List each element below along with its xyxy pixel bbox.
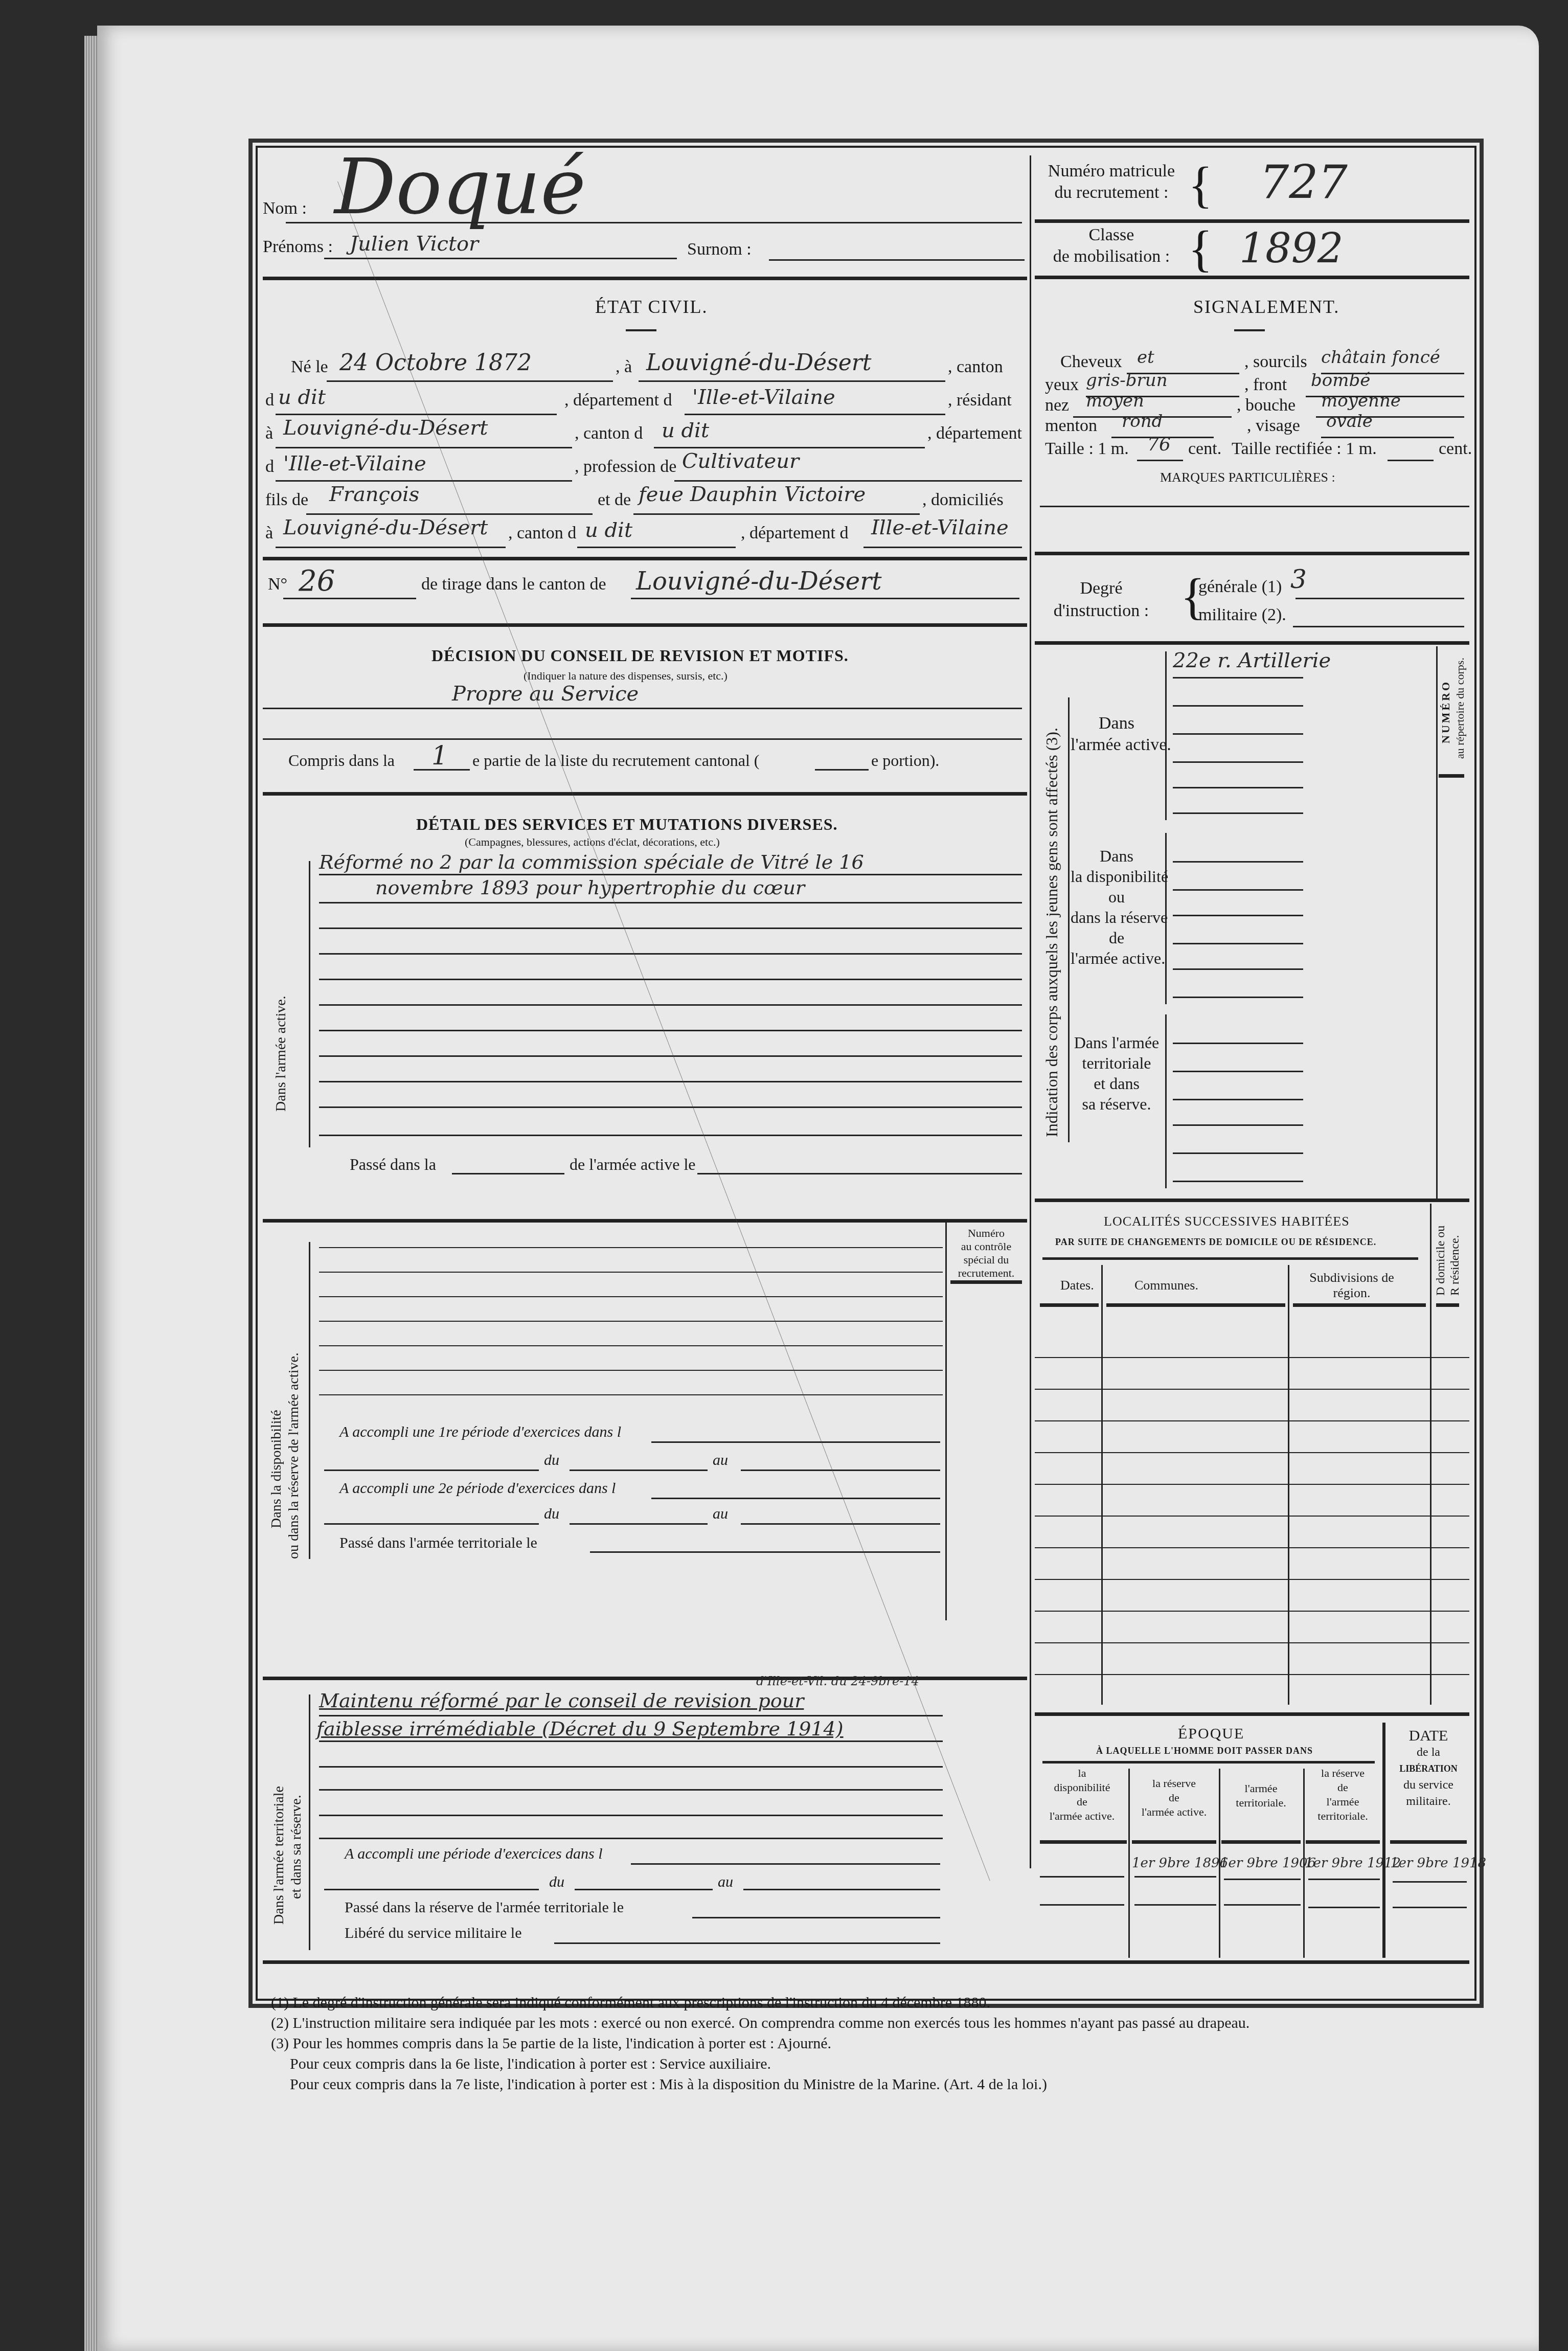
a-label: à [265, 524, 273, 543]
header-rule [1436, 1303, 1459, 1307]
field-line [324, 1889, 539, 1890]
classe-value: 1892 [1239, 224, 1344, 272]
field-line [319, 1030, 1022, 1031]
field-line [1224, 1879, 1301, 1880]
passe-reserve-territoriale-label: Passé dans la réserve de l'armée territo… [345, 1899, 624, 1916]
tirage-canton-value: Louvigné-du-Désert [636, 567, 881, 596]
fils-de-label: fils de [265, 490, 308, 510]
residant-label: , résidant [948, 391, 1012, 410]
nom-value: Doqué [334, 143, 586, 232]
divider [263, 623, 1027, 627]
column-header-communes: Communes. [1134, 1278, 1198, 1293]
field-line [1321, 437, 1454, 438]
canton-value: u dit [278, 386, 326, 409]
field-line [1308, 1879, 1380, 1880]
du-label: du [549, 1873, 564, 1891]
pere-value: François [329, 483, 419, 506]
departement-label: , département d [564, 391, 672, 410]
de-tirage-label: de tirage dans le canton de [421, 575, 606, 594]
residence-canton-value: u dit [662, 419, 709, 442]
services-title: DÉTAIL DES SERVICES ET MUTATIONS DIVERSE… [416, 815, 838, 834]
divider [1035, 1199, 1469, 1202]
du-label: du [544, 1452, 559, 1469]
divider [1035, 276, 1469, 279]
date-column-divider [1382, 1723, 1385, 1958]
divider [263, 277, 1027, 280]
territoriale-label: Dans l'armée territoriale et dans sa rés… [1071, 1032, 1163, 1114]
yeux-label: yeux [1045, 375, 1079, 395]
field-line [633, 513, 920, 515]
field-line [319, 1106, 1022, 1108]
canton-label: , canton d [575, 424, 643, 443]
field-line [263, 738, 1022, 740]
periode-1-label: A accompli une 1re période d'exercices d… [339, 1423, 621, 1441]
footnotes-block: (1) Le degré d'instruction générale sera… [271, 1994, 1467, 2117]
localites-rows [1035, 1326, 1469, 1705]
divider [1439, 774, 1464, 778]
epoque-section: ÉPOQUE À LAQUELLE L'HOMME DOIT PASSER DA… [1035, 1717, 1469, 1958]
field-line [319, 1081, 1022, 1082]
degre-instruction-label: Degré d'instruction : [1035, 577, 1168, 622]
signalement-section: SIGNALEMENT. Cheveux et , sourcils châta… [1035, 281, 1469, 516]
numero-column-divider [1436, 646, 1438, 1199]
field-line [743, 1889, 940, 1890]
sourcils-value: châtain foncé [1321, 347, 1440, 368]
front-label: , front [1244, 375, 1287, 395]
tirage-number-value: 26 [299, 564, 335, 598]
field-line [1388, 460, 1434, 461]
field-line [319, 1789, 943, 1791]
instruction-section: Degré d'instruction : { générale (1) 3 m… [1035, 562, 1469, 628]
column-header-dates: Dates. [1060, 1278, 1094, 1293]
field-line [1173, 677, 1303, 679]
field-line [639, 380, 945, 382]
disponibilite-lines [319, 1247, 943, 1416]
lieu-naissance-value: Louvigné-du-Désert [646, 350, 871, 376]
matricule-value: 727 [1260, 155, 1348, 209]
instruction-militaire-label: militaire (2). [1198, 605, 1286, 625]
etat-civil-section: ÉTAT CIVIL. Né le 24 Octobre 1872 , à Lo… [258, 281, 1027, 557]
field-line [319, 1715, 943, 1716]
du-label: du [544, 1505, 559, 1523]
epoque-col-territoriale: l'armée territoriale. [1219, 1781, 1303, 1810]
header-rule [1306, 1840, 1380, 1844]
field-line [319, 1135, 1022, 1136]
decision-title: DÉCISION DU CONSEIL DE REVISION ET MOTIF… [431, 646, 849, 665]
decision-subtitle: (Indiquer la nature des dispenses, sursi… [524, 669, 728, 683]
compris-suffix: e partie de la liste du recrutement cant… [472, 751, 760, 770]
field-line [1173, 733, 1303, 735]
epoque-reserve-active-value: 1er 9bre 1896 [1132, 1856, 1228, 1871]
ne-le-label: Né le [291, 357, 328, 377]
field-line [1173, 968, 1303, 970]
field-line [1173, 1071, 1303, 1072]
field-line [697, 1173, 1022, 1174]
tirage-section: N° 26 de tirage dans le canton de Louvig… [258, 557, 1027, 616]
field-line [1308, 1907, 1380, 1908]
ne-le-value: 24 Octobre 1872 [339, 350, 532, 376]
brace: { [1188, 155, 1213, 214]
field-line [327, 380, 613, 382]
field-line [1173, 861, 1303, 863]
territoriale-line-1: Maintenu réformé par le conseil de revis… [319, 1689, 804, 1712]
divider [1035, 1712, 1469, 1716]
bracket-line [309, 861, 310, 1147]
field-line [1296, 598, 1464, 599]
passe-dans-la-label: Passé dans la [350, 1155, 436, 1174]
mere-value: feue Dauphin Victoire [639, 483, 866, 506]
field-line [685, 414, 945, 415]
field-line [1134, 1876, 1216, 1878]
brace-rule [1042, 1761, 1375, 1764]
portion-suffix: e portion). [871, 751, 939, 770]
affectation-vertical-label: Indication des corps auxquels les jeunes… [1042, 728, 1061, 1137]
field-line [319, 1815, 943, 1816]
footnote-3: (3) Pour les hommes compris dans la 5e p… [271, 2035, 831, 2052]
field-line [1040, 1904, 1124, 1906]
numero-label: N° [268, 575, 287, 594]
nom-label: Nom : [263, 199, 307, 218]
column-header-subdivisions: Subdivisions de région. [1306, 1270, 1398, 1301]
date-liberation-header: DATE de la LIBÉRATION du service militai… [1388, 1728, 1469, 1810]
armee-active-side-label: Dans l'armée active. [273, 996, 289, 1112]
field-line [1173, 1124, 1303, 1126]
brace-rule [1042, 1257, 1418, 1260]
domicile-departement-value: Ille-et-Vilaine [871, 516, 1009, 539]
header-rule [1390, 1840, 1467, 1844]
armee-active-le-label: de l'armée active le [570, 1155, 696, 1174]
field-line [263, 708, 1022, 709]
bouche-label: , bouche [1237, 396, 1296, 415]
field-line [863, 547, 1022, 548]
cheveux-label: Cheveux [1060, 352, 1122, 372]
field-line [631, 1863, 940, 1865]
localites-subtitle: PAR SUITE DE CHANGEMENTS DE DOMICILE OU … [1055, 1237, 1376, 1248]
field-line [306, 513, 593, 515]
field-line [319, 1838, 943, 1839]
marques-particulieres-label: MARQUES PARTICULIÈRES : [1160, 470, 1335, 485]
field-line [575, 1889, 713, 1890]
affectation-section: Indication des corps auxquels les jeunes… [1035, 646, 1469, 1199]
et-de-label: et de [598, 490, 631, 510]
field-line [590, 1551, 940, 1553]
date-liberation-value: 1er 9bre 1918 [1390, 1856, 1486, 1871]
menton-value: rond [1122, 411, 1163, 432]
header-rule [1293, 1303, 1426, 1307]
field-line [1173, 761, 1303, 763]
footnote-2: (2) L'instruction militaire sera indiqué… [271, 2015, 1249, 2032]
footnote-3b: Pour ceux compris dans la 6e liste, l'in… [290, 2055, 771, 2073]
cent-label: cent. [1439, 439, 1472, 459]
domicile-value: Louvigné-du-Désert [283, 516, 488, 539]
libere-label: Libéré du service militaire le [345, 1925, 522, 1942]
disponibilite-label: Dans la disponibilité ou dans la réserve… [1071, 846, 1163, 968]
a-label: , à [616, 357, 632, 377]
field-line [1040, 1876, 1124, 1878]
prenoms-value: Julien Victor [350, 232, 479, 256]
cent-label: cent. [1188, 439, 1221, 459]
decision-section: DÉCISION DU CONSEIL DE REVISION ET MOTIF… [258, 628, 1027, 777]
brace: { [1188, 219, 1213, 278]
field-line [276, 414, 557, 415]
divider [1035, 641, 1469, 645]
epoque-title: ÉPOQUE [1178, 1725, 1244, 1743]
sourcils-label: , sourcils [1244, 352, 1307, 372]
domicilies-label: , domiciliés [922, 490, 1004, 510]
field-line [1173, 1099, 1303, 1100]
classe-label: Classe de mobilisation : [1035, 224, 1188, 267]
epoque-reserve-territoriale-value: 1er 9bre 1912 [1305, 1856, 1401, 1871]
field-line [283, 598, 416, 599]
field-line [577, 547, 736, 548]
field-line [1393, 1881, 1467, 1883]
field-line [651, 1441, 940, 1443]
bracket-line [309, 1242, 310, 1559]
field-line [319, 1055, 1022, 1057]
field-line [1173, 1152, 1303, 1154]
surnom-label: Surnom : [687, 240, 752, 259]
epoque-col-disponibilite: la disponibilité de l'armée active. [1037, 1766, 1127, 1823]
field-line [319, 953, 1022, 955]
field-line [1224, 1904, 1301, 1906]
field-line [1173, 1043, 1303, 1044]
canton-label: , canton [948, 357, 1003, 377]
matricule-box: Numéro matricule du recrutement : { 727 [1035, 155, 1469, 217]
bracket-line [1068, 697, 1070, 1142]
visage-value: ovale [1326, 411, 1373, 432]
field-line [570, 1523, 708, 1525]
header-rule [1106, 1303, 1285, 1307]
field-line [276, 447, 572, 448]
profession-value: Cultivateur [682, 449, 799, 473]
localites-section: LOCALITÉS SUCCESSIVES HABITÉES PAR SUITE… [1035, 1204, 1469, 1715]
taille-value: 76 [1147, 434, 1171, 455]
field-line [741, 1470, 940, 1471]
prenoms-line [324, 258, 677, 259]
periode-2-label: A accompli une 2e période d'exercices da… [339, 1480, 616, 1497]
field-line [319, 874, 1022, 875]
classe-box: Classe de mobilisation : { 1892 [1035, 224, 1469, 276]
field-line [815, 769, 869, 771]
prenoms-label: Prénoms : [263, 237, 333, 257]
field-line [1173, 705, 1303, 707]
numero-controle-divider [945, 1222, 947, 1620]
domicile-canton-value: u dit [585, 518, 632, 542]
title-rule [1234, 329, 1265, 331]
field-line [319, 902, 1022, 903]
epoque-col-reserve-active: la réserve de l'armée active. [1129, 1776, 1219, 1819]
disponibilite-section: Dans la disponibilité ou dans la réserve… [258, 1222, 1027, 1620]
a-label: à [265, 424, 273, 443]
armee-active-corps-value: 22e r. Artillerie [1173, 649, 1331, 672]
column-divider [1030, 155, 1031, 1868]
residence-value: Louvigné-du-Désert [283, 416, 488, 440]
au-label: au [718, 1873, 733, 1891]
services-subtitle: (Campagnes, blessures, actions d'éclat, … [465, 835, 720, 849]
field-line [554, 1942, 940, 1944]
field-line [324, 1470, 539, 1471]
field-line [276, 480, 572, 482]
header-rule [950, 1280, 1022, 1284]
field-line [651, 1498, 940, 1499]
brace-line [1165, 651, 1167, 820]
annotation-small: d'Ille-et-Vil. du 24-9bre-14 [756, 1674, 919, 1688]
departement-value: 'Ille-et-Vilaine [692, 386, 835, 409]
front-value: bombé [1311, 370, 1370, 391]
field-line [1137, 460, 1183, 461]
au-label: au [713, 1452, 728, 1469]
bouche-value: moyenne [1321, 391, 1401, 411]
canton-label: , canton d [508, 524, 576, 543]
field-line [1040, 506, 1469, 507]
periode-territoriale-label: A accompli une période d'exercices dans … [345, 1845, 603, 1863]
identity-section: Nom : Doqué Prénoms : Julien Victor Surn… [258, 148, 1027, 278]
field-line [276, 547, 506, 548]
surnom-line [769, 259, 1025, 261]
taille-rectifiee-label: Taille rectifiée : 1 m. [1232, 439, 1377, 459]
field-line [319, 979, 1022, 980]
title-rule [626, 329, 656, 331]
brace-line [1165, 1014, 1167, 1188]
header-rule [1040, 1840, 1127, 1844]
disponibilite-side-label: Dans la disponibilité ou dans la réserve… [268, 1352, 303, 1559]
epoque-territoriale-value: 1er 9bre 1906 [1220, 1856, 1316, 1871]
d-label: d [265, 457, 274, 477]
signalement-title: SIGNALEMENT. [1193, 296, 1339, 318]
epoque-col-reserve-territoriale: la réserve de l'armée territoriale. [1303, 1766, 1382, 1823]
header-rule [1040, 1303, 1099, 1307]
yeux-value: gris-brun [1086, 370, 1168, 391]
field-line [319, 928, 1022, 929]
d-label: d [265, 391, 274, 410]
brace-line [1165, 833, 1167, 1004]
territoriale-line-2: faiblesse irrémédiable (Décret du 9 Sept… [316, 1717, 844, 1740]
field-line [741, 1523, 940, 1525]
domicile-residence-label: D domicile ou R résidence. [1434, 1226, 1462, 1296]
numero-controle-label: Numéro au contrôle spécial du recrutemen… [948, 1227, 1025, 1280]
instruction-generale-label: générale (1) [1198, 577, 1282, 597]
field-line [631, 598, 1019, 599]
territoriale-section: Dans l'armée territoriale et dans sa rés… [258, 1679, 1027, 1955]
services-line-2: novembre 1893 pour hypertrophie du cœur [375, 876, 805, 899]
footnote-3c: Pour ceux compris dans la 7e liste, l'in… [290, 2076, 1047, 2093]
field-line [1393, 1907, 1467, 1908]
field-line [324, 1523, 539, 1525]
nom-line [286, 222, 1022, 223]
territoriale-side-label: Dans l'armée territoriale et dans sa rés… [270, 1786, 305, 1925]
header-rule [1221, 1840, 1301, 1844]
field-line [1173, 812, 1303, 814]
epoque-subtitle: À LAQUELLE L'HOMME DOIT PASSER DANS [1096, 1746, 1313, 1756]
nez-value: moyen [1086, 391, 1144, 411]
field-line [1293, 626, 1464, 627]
decision-value: Propre au Service [452, 682, 639, 706]
compris-label: Compris dans la [288, 751, 395, 770]
field-line [692, 1917, 940, 1918]
field-line [1134, 1904, 1216, 1906]
departement-label: , département d [741, 524, 849, 543]
field-line [414, 769, 470, 771]
residence-departement-value: 'Ille-et-Vilaine [283, 452, 426, 476]
field-line [319, 1740, 943, 1742]
divider [1035, 552, 1469, 555]
field-line [1173, 889, 1303, 891]
header-rule [1132, 1840, 1216, 1844]
divider [263, 1960, 1469, 1964]
divider [1035, 219, 1469, 223]
field-line [1173, 997, 1303, 998]
field-line [452, 1173, 564, 1174]
field-line [1173, 1181, 1303, 1182]
instruction-generale-value: 3 [1290, 564, 1307, 594]
visage-label: , visage [1247, 416, 1300, 436]
profession-label: , profession de [575, 457, 676, 477]
passe-territoriale-label: Passé dans l'armée territoriale le [339, 1534, 537, 1552]
services-line-1: Réformé no 2 par la commission spéciale … [319, 851, 864, 873]
departement-label: , département [927, 424, 1022, 443]
matricule-label: Numéro matricule du recrutement : [1035, 161, 1188, 204]
localites-title: LOCALITÉS SUCCESSIVES HABITÉES [1104, 1214, 1350, 1229]
field-line [1173, 943, 1303, 944]
footnote-1: (1) Le degré d'instruction générale sera… [271, 1994, 990, 2011]
field-line [319, 1766, 943, 1768]
field-line [1173, 787, 1303, 788]
cheveux-value: et [1137, 347, 1154, 368]
etat-civil-title: ÉTAT CIVIL. [595, 296, 708, 318]
field-line [674, 480, 1022, 482]
bracket-line [309, 1694, 310, 1950]
registre-matricule-form: Nom : Doqué Prénoms : Julien Victor Surn… [256, 146, 1476, 2001]
au-label: au [713, 1505, 728, 1523]
services-section: DÉTAIL DES SERVICES ET MUTATIONS DIVERSE… [258, 795, 1027, 1219]
field-line [1173, 915, 1303, 916]
menton-label: menton [1045, 416, 1097, 436]
nez-label: nez [1045, 396, 1069, 415]
armee-active-label: Dans l'armée active. [1071, 713, 1163, 756]
field-line [570, 1470, 708, 1471]
taille-label: Taille : 1 m. [1045, 439, 1129, 459]
compris-partie-value: 1 [431, 741, 448, 771]
field-line [319, 1004, 1022, 1006]
numero-repertoire-label: NUMÉRO au répertoire du corps. [1439, 658, 1467, 759]
field-line [654, 447, 925, 448]
